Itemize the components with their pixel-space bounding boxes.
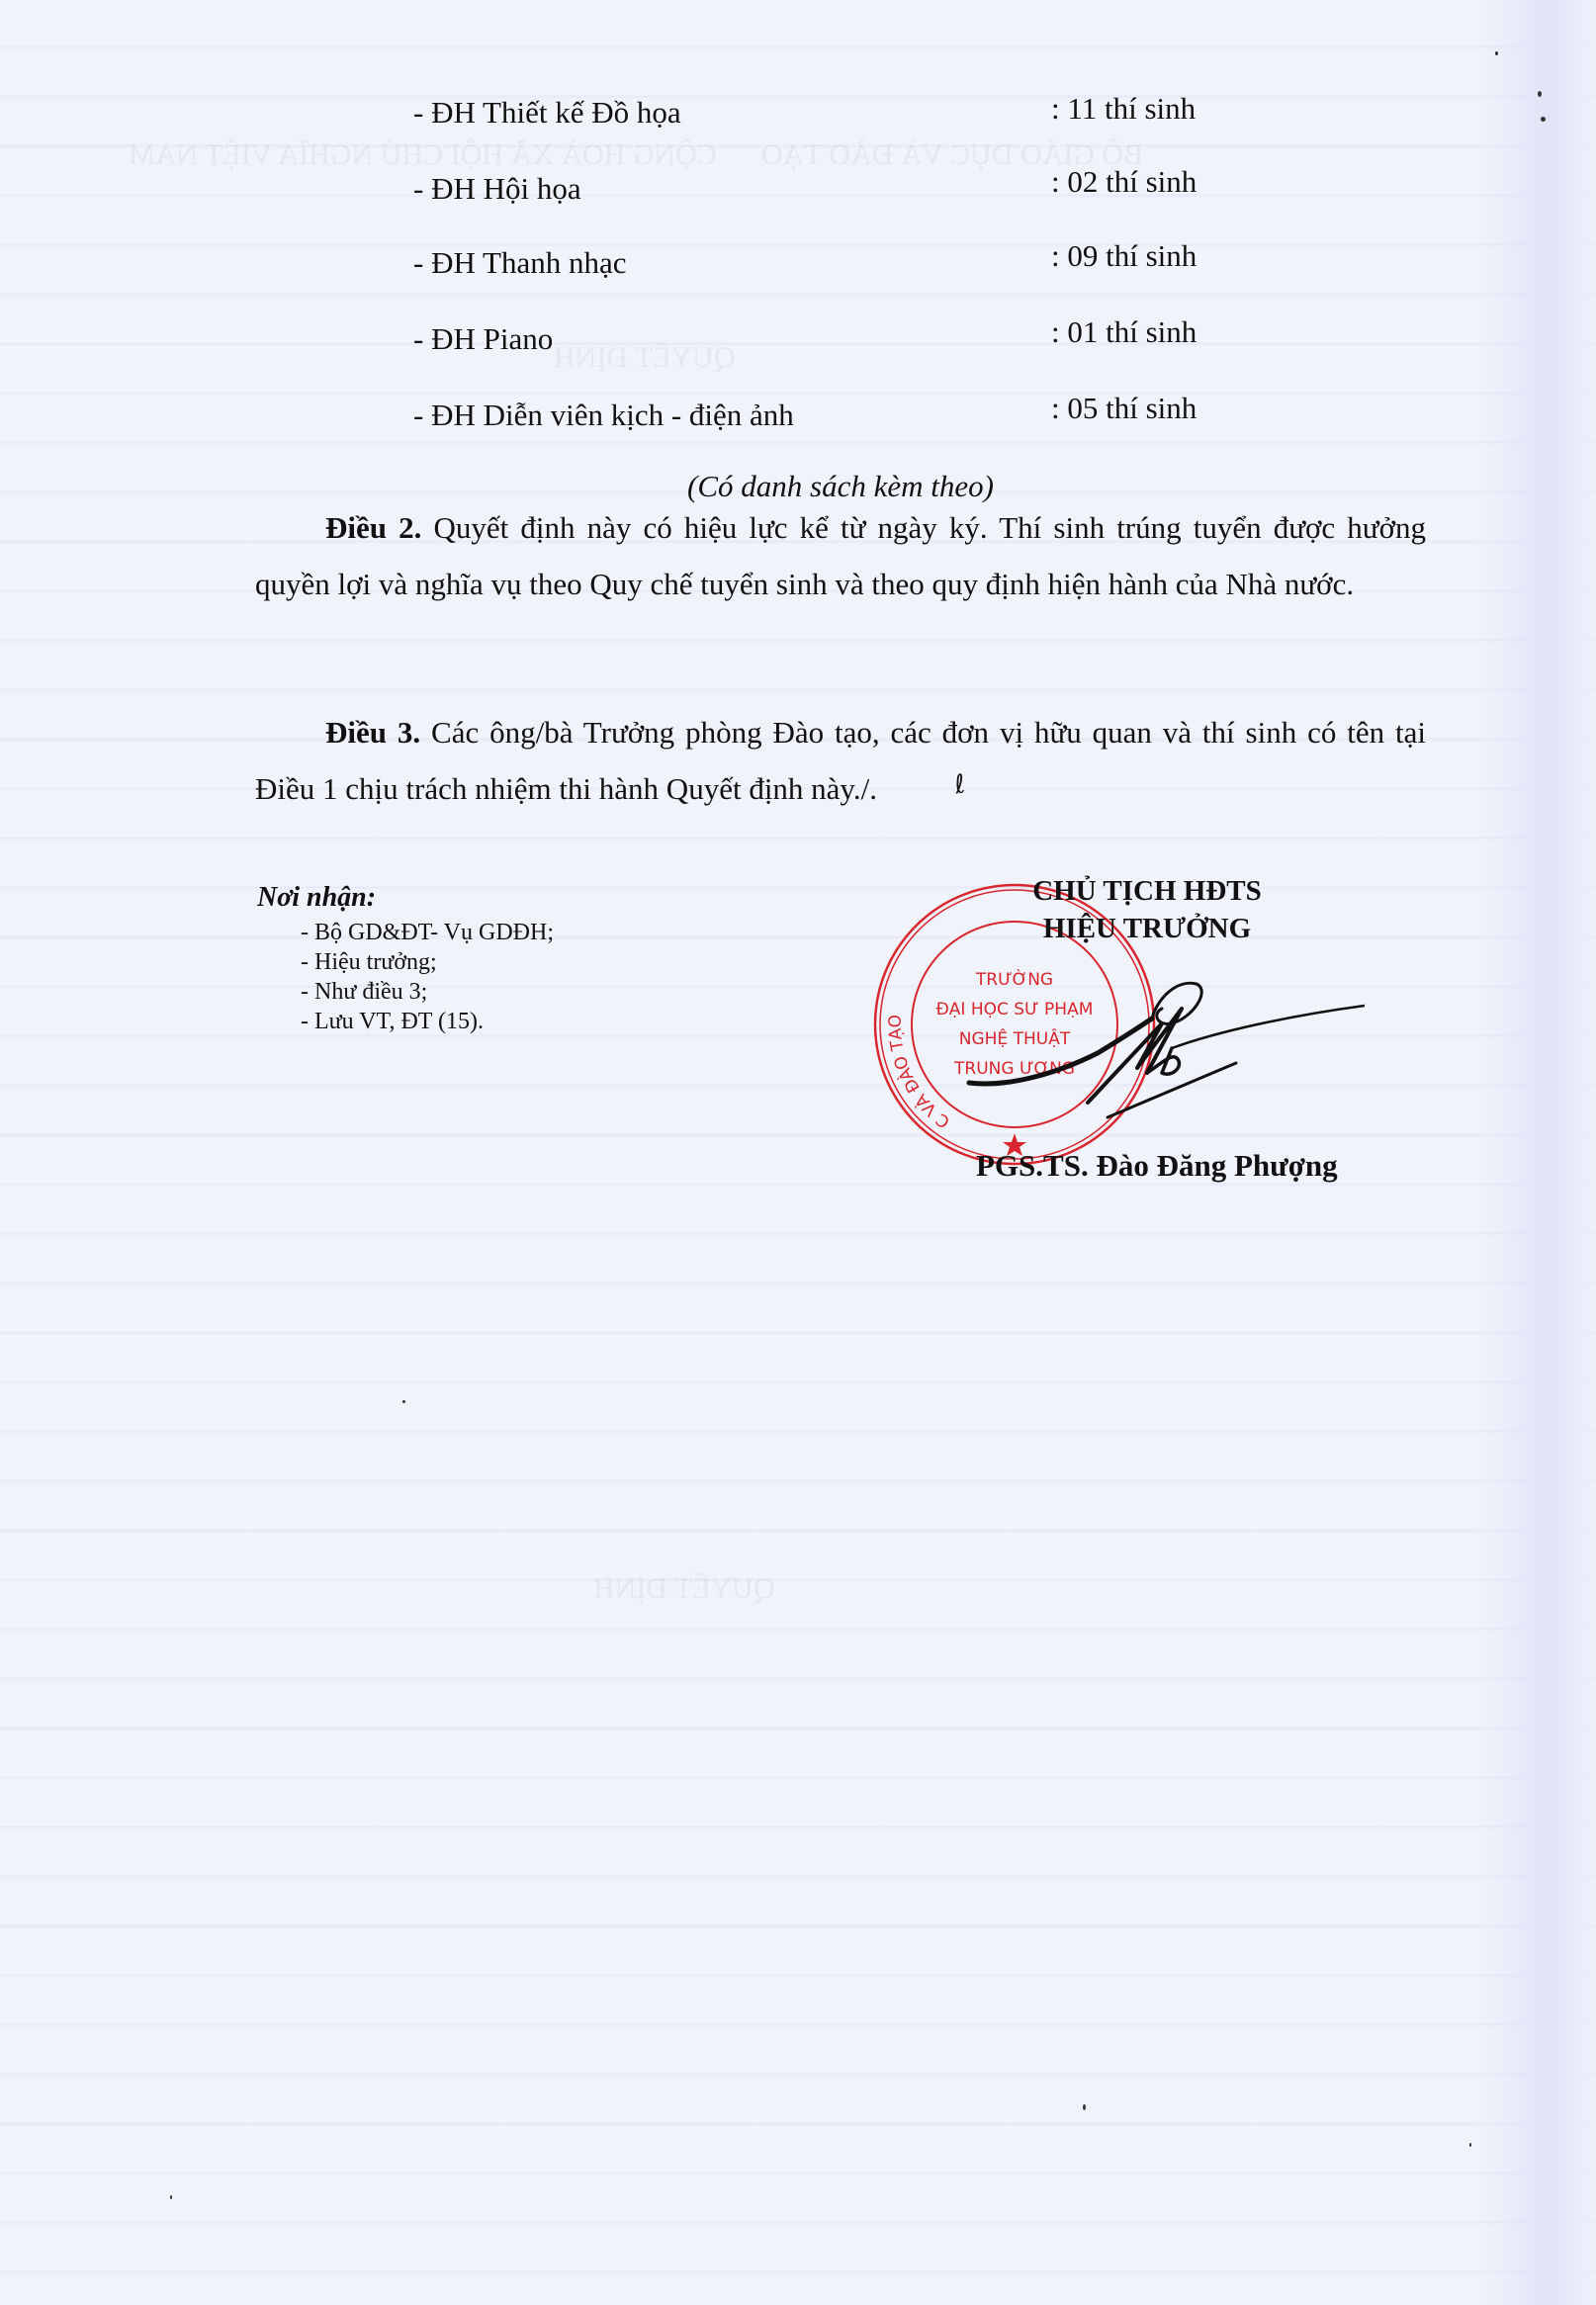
article-label: Điều 2. [325, 510, 421, 545]
recipient-item: - Như điều 3; [301, 977, 554, 1007]
article-text: Các ông/bà Trưởng phòng Đào tạo, các đơn… [255, 715, 1426, 806]
recipients-list: - Bộ GD&ĐT- Vụ GDĐH; - Hiệu trưởng; - Nh… [301, 918, 554, 1036]
scan-speck [1083, 2104, 1086, 2110]
scan-speck [170, 2195, 172, 2199]
scan-speck [1495, 51, 1498, 55]
stamp-center-line: NGHỆ THUẬT [959, 1027, 1071, 1049]
scan-speck [1541, 117, 1546, 122]
handwritten-signature [949, 979, 1365, 1137]
major-name: - ĐH Diễn viên kịch - điện ảnh [413, 399, 794, 430]
scan-speck [1469, 2143, 1471, 2147]
stamp-center-line: TRUNG ƯƠNG [953, 1059, 1075, 1079]
attachment-note: (Có danh sách kèm theo) [255, 471, 1426, 501]
major-count: : 11 thí sinh [1051, 93, 1196, 124]
article-text: Quyết định này có hiệu lực kể từ ngày ký… [255, 510, 1426, 601]
signature-title-line1: CHỦ TỊCH HĐTS [949, 877, 1345, 906]
document-page: - ĐH Thiết kế Đồ họa : 11 thí sinh - ĐH … [0, 0, 1596, 2305]
recipient-item: - Lưu VT, ĐT (15). [301, 1007, 554, 1036]
article-2: Điều 2. Quyết định này có hiệu lực kể từ… [255, 499, 1426, 612]
signer-name: PGS.TS. Đào Đăng Phượng [976, 1150, 1338, 1181]
signature-title-line2: HIỆU TRƯỞNG [949, 915, 1345, 943]
major-name: - ĐH Hội họa [413, 173, 581, 204]
initial-mark: ℓ [881, 756, 970, 826]
article-3: Điều 3. Các ông/bà Trưởng phòng Đào tạo,… [255, 704, 1426, 820]
stamp-center-line: ĐẠI HỌC SƯ PHẠM [936, 1000, 1094, 1020]
major-count: : 02 thí sinh [1051, 166, 1197, 197]
major-count: : 01 thí sinh [1051, 316, 1197, 347]
recipient-item: - Hiệu trưởng; [301, 947, 554, 977]
article-label: Điều 3. [325, 715, 420, 750]
scan-speck [1538, 91, 1542, 97]
stamp-center-line: TRƯỜNG [975, 968, 1053, 990]
major-count: : 09 thí sinh [1051, 240, 1197, 271]
scan-speck [402, 1400, 405, 1403]
major-name: - ĐH Thanh nhạc [413, 247, 627, 278]
major-count: : 05 thí sinh [1051, 393, 1197, 423]
stamp-ring-text: BỘ GIÁO DỤC VÀ ĐÀO TẠO [868, 980, 986, 1153]
major-name: - ĐH Piano [413, 323, 553, 354]
major-name: - ĐH Thiết kế Đồ họa [413, 97, 681, 128]
recipients-title: Nơi nhận: [257, 884, 376, 912]
recipient-item: - Bộ GD&ĐT- Vụ GDĐH; [301, 918, 554, 947]
